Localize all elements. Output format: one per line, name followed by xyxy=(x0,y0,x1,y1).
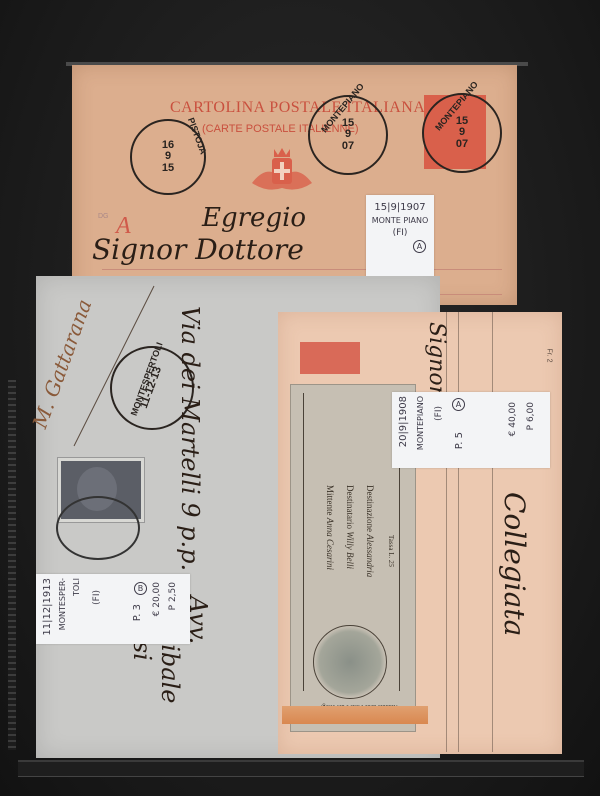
postcard-montepiano-1907[interactable]: CARTOLINA POSTALE ITALIANA (CARTE POSTAL… xyxy=(72,65,517,305)
receipt-field-mittente: Mittente Anna Cesarini xyxy=(325,485,335,570)
handwriting-collegiata: Collegiata xyxy=(498,492,531,636)
receipt-field-destinazione: Destinazione Alessandria xyxy=(365,485,375,577)
receipt-field-destinatario: Destinatario Willy Belli xyxy=(345,485,355,569)
receipt-postmark xyxy=(313,625,387,699)
sleeve-left-strip xyxy=(8,380,16,750)
printed-title: CARTOLINA POSTALE ITALIANA xyxy=(170,99,425,117)
receipt-field-tassa: Tassa L. 25 xyxy=(387,535,395,567)
label-montepiano-1908: 20|9|1908 MONTEPIANO (FI) A P. 5 € 40,00… xyxy=(392,392,550,468)
coat-of-arms-icon xyxy=(247,143,317,203)
handwriting-egregio: Egregio xyxy=(202,203,306,233)
cancel-montepiano-2: 15907 MONTEPIANO xyxy=(422,93,502,173)
cancel-montespertoli-2 xyxy=(56,496,140,560)
imprinted-stamp xyxy=(300,342,360,374)
cancel-montepiano-1: 15907 MONTEPIANO xyxy=(308,95,388,175)
handwriting-signor: Signor Dottore xyxy=(92,233,304,266)
cancel-pistoja: 16915 PISTOJA xyxy=(130,119,206,195)
label-montepiano-1907: 15|9|1907 MONTE PIANO (FI) A xyxy=(366,195,434,281)
corner-mark: Fr. 2 xyxy=(546,348,553,362)
grade-badge: A xyxy=(452,398,465,411)
album-page: CARTOLINA POSTALE ITALIANA (CARTE POSTAL… xyxy=(0,0,600,796)
grade-badge: A xyxy=(413,240,426,253)
label-montespertoli-1913: 11|12|1913 MONTESPER- TOLI (FI) P. 3 B €… xyxy=(36,574,190,644)
sleeve-bottom-edge xyxy=(18,760,584,777)
printed-code: DG xyxy=(98,213,109,220)
rust-stain xyxy=(282,706,428,724)
grade-badge: B xyxy=(134,582,147,595)
handwriting-address: Via dei Martelli 9 p.p. xyxy=(176,306,204,571)
